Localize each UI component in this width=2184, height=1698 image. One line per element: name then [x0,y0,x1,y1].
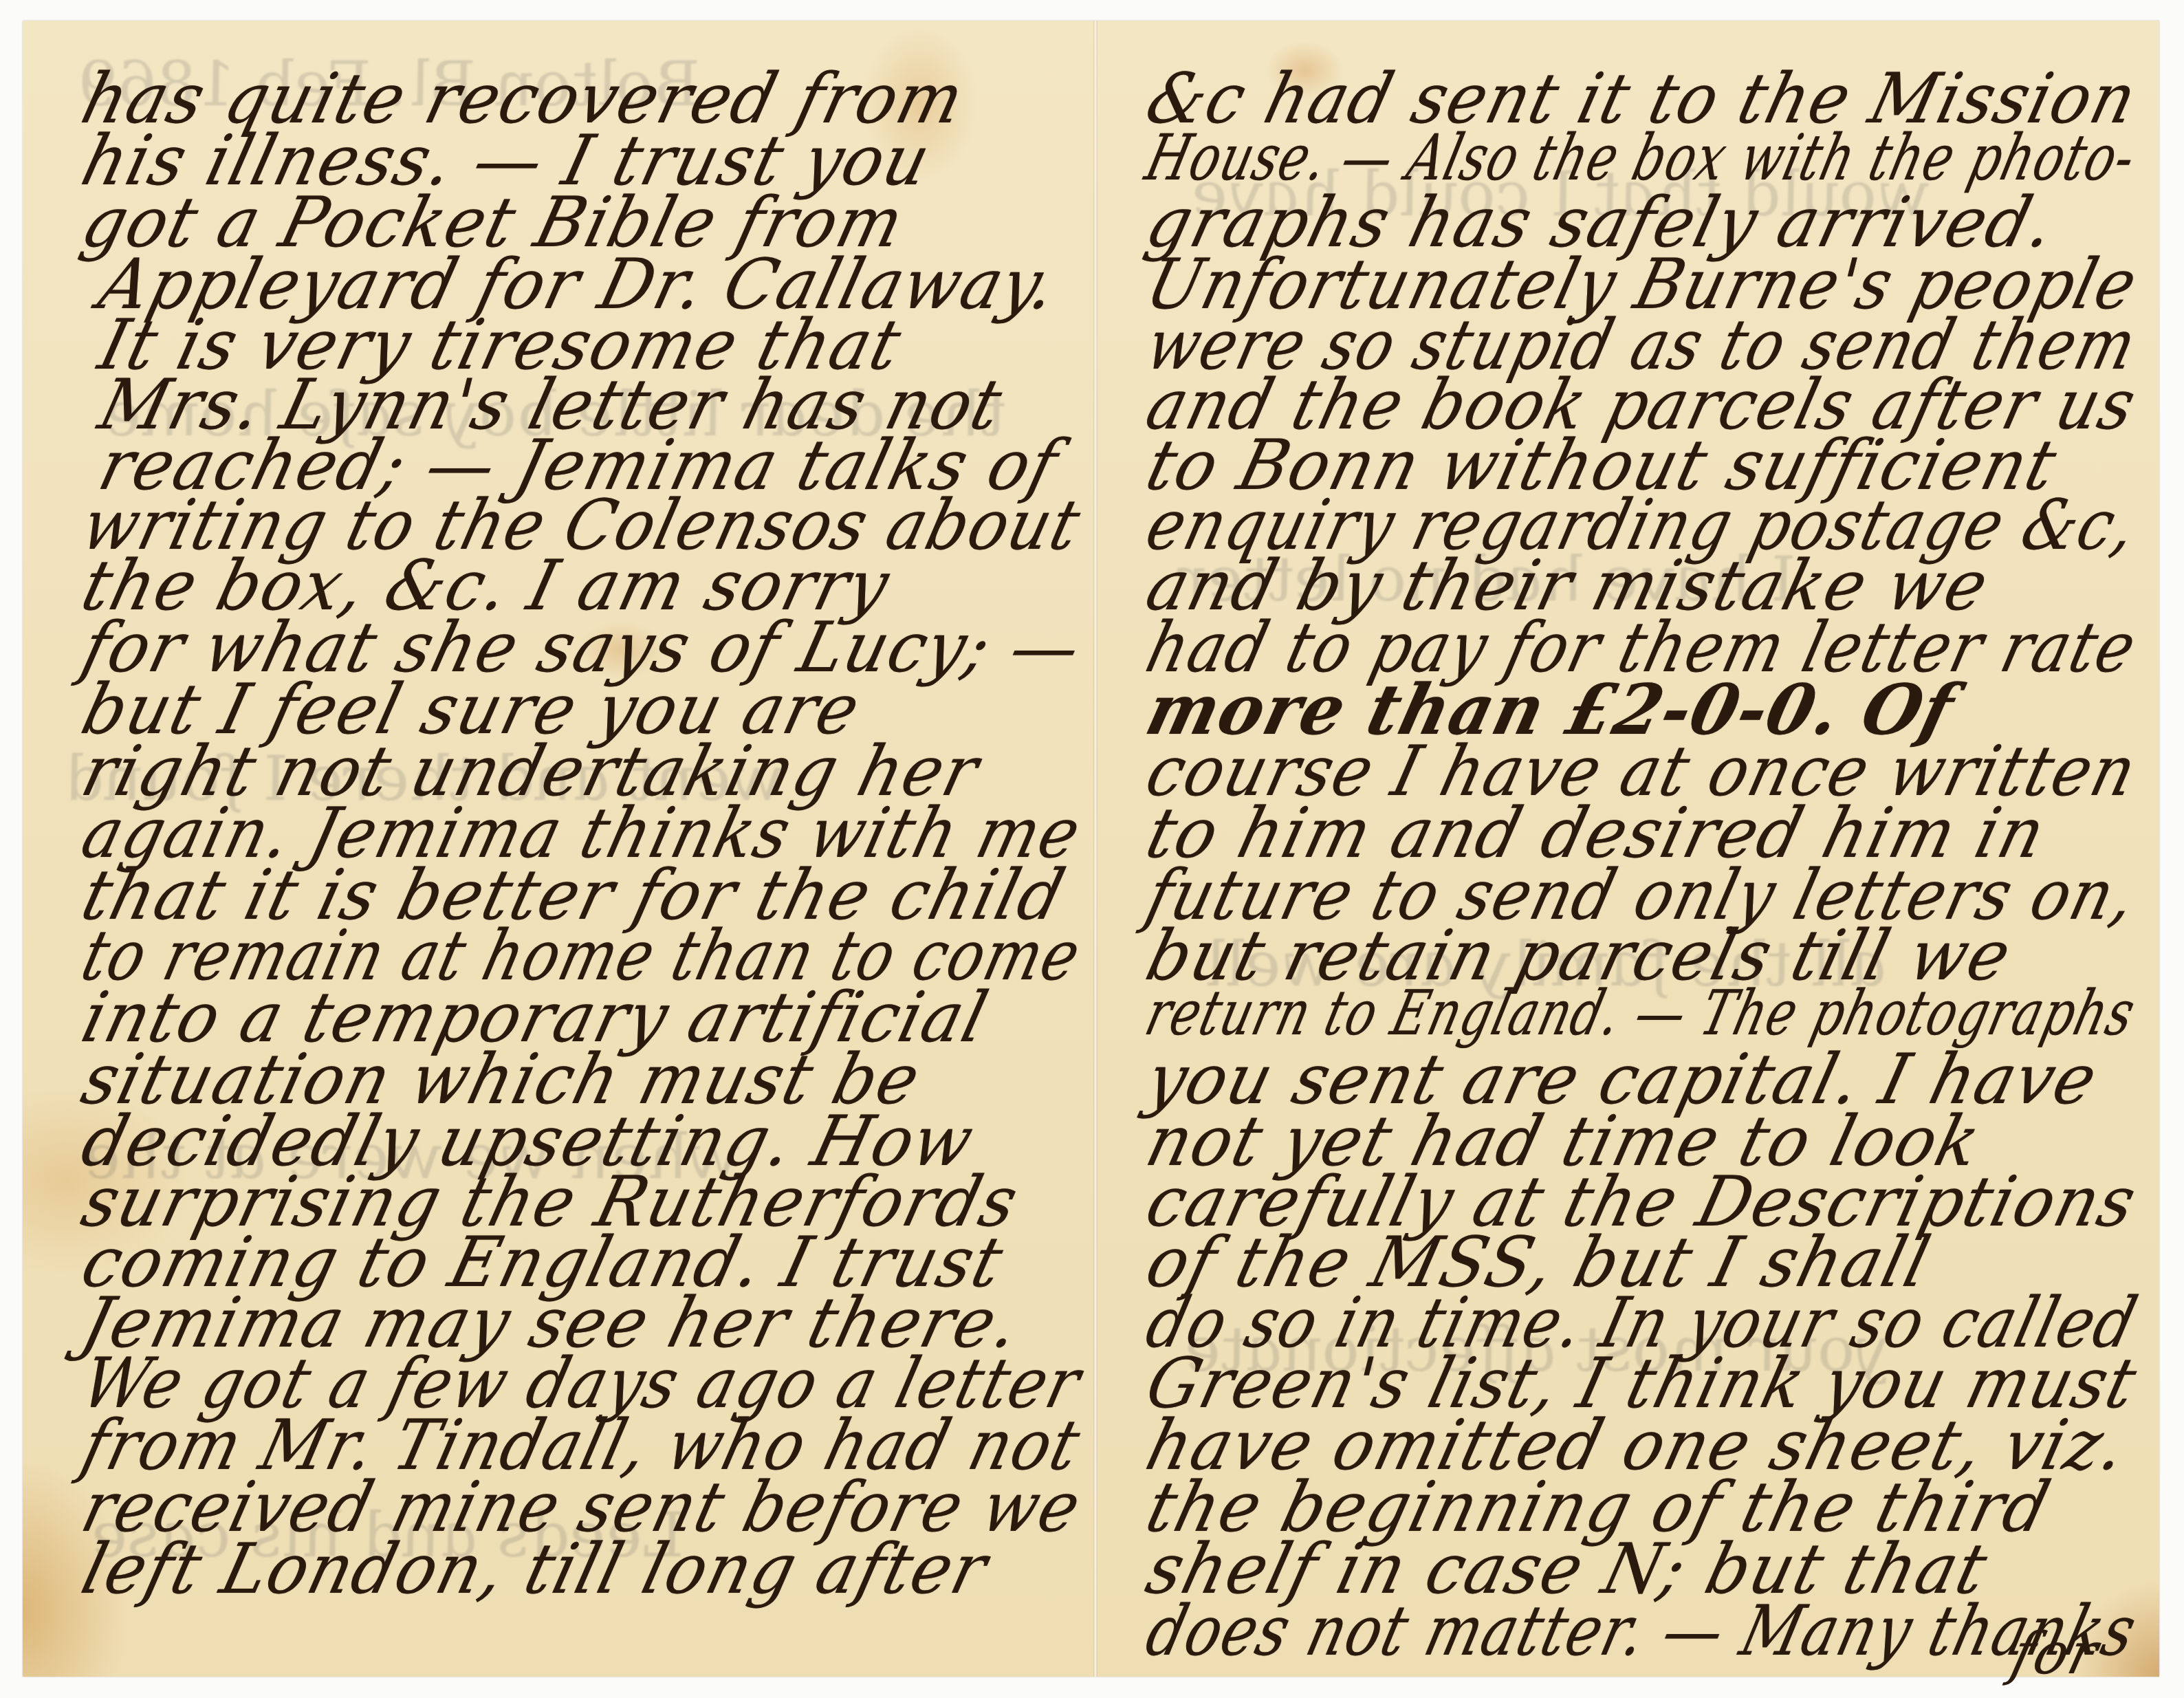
right-page: &c had sent it to the Mission House. — A… [1098,21,2159,1677]
handwritten-line: left London, till long after [74,1528,996,1609]
left-page: has quite recovered from his illness. — … [23,21,1093,1677]
handwritten-line: does not matter. — Many thanks [1139,1590,2145,1671]
letter-sheet: Bolton Bl. Feb 1869 the dear little boy … [23,21,2159,1677]
handwritten-line-continuation: for [2005,1620,2106,1687]
